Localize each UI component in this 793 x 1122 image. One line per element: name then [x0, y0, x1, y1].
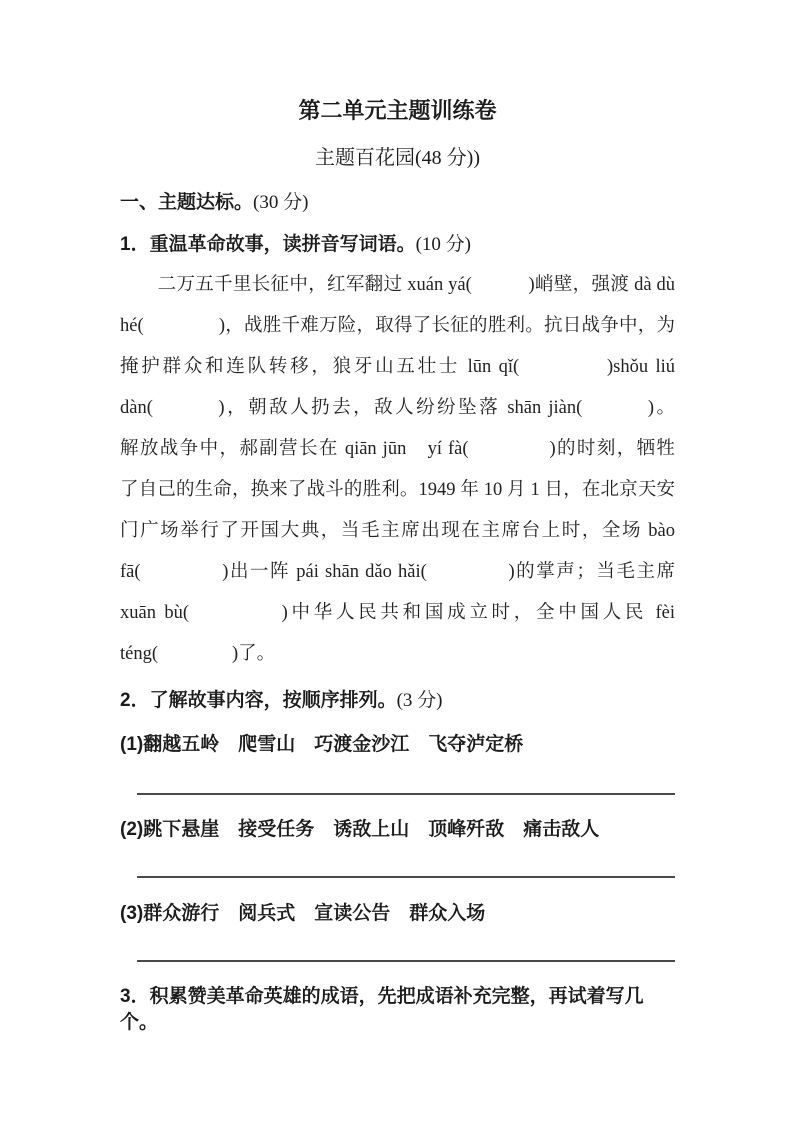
- passage-line: fā( )出一阵 pái shān dǎo hǎi( )的掌声；当毛主席: [120, 552, 675, 593]
- question-1-label-text: 1．重温革命故事，读拼音写词语。: [120, 234, 416, 255]
- question-2-label: 2．了解故事内容，按顺序排列。(3 分): [120, 688, 675, 714]
- question-2-label-score: (3 分): [397, 690, 443, 711]
- section-one-heading-text: 一、主题达标。: [120, 192, 253, 213]
- passage-line: hé( )，战胜千难万险，取得了长征的胜利。抗日战争中，为: [120, 306, 675, 347]
- passage-line: 掩护群众和连队转移，狼牙山五壮士 lūn qǐ( )shǒu liú: [120, 347, 675, 388]
- answer-line: [137, 758, 675, 795]
- exam-subtitle-score: (48 分)): [415, 147, 480, 169]
- passage-line: 二万五千里长征中，红军翻过 xuán yá( )峭壁，强渡 dà dù: [120, 265, 675, 306]
- exam-subtitle: 主题百花园(48 分)): [120, 145, 675, 171]
- passage-line: 解放战争中，郝副营长在 qiān jūn yí fà( )的时刻，牺牲: [120, 429, 675, 470]
- answer-line: [137, 843, 675, 878]
- passage-line: 门广场举行了开国大典，当毛主席出现在主席台上时，全场 bào: [120, 511, 675, 552]
- section-one-heading: 一、主题达标。(30 分): [120, 190, 675, 216]
- question-2-option-2: (2)跳下悬崖 接受任务 诱敌上山 顶峰歼敌 痛击敌人: [120, 817, 675, 843]
- passage-line: dàn( )，朝敌人扔去，敌人纷纷坠落 shān jiàn( )。: [120, 388, 675, 429]
- exam-paper-page: 第二单元主题训练卷 主题百花园(48 分)) 一、主题达标。(30 分) 1．重…: [0, 0, 793, 1122]
- passage-line: 了自己的生命，换来了战斗的胜利。1949 年 10 月 1 日，在北京天安: [120, 470, 675, 511]
- passage-line: téng( )了。: [120, 634, 675, 675]
- pinyin-passage: 二万五千里长征中，红军翻过 xuán yá( )峭壁，强渡 dà dù hé( …: [120, 265, 675, 675]
- exam-title: 第二单元主题训练卷: [120, 97, 675, 125]
- question-2-option-3: (3)群众游行 阅兵式 宣读公告 群众入场: [120, 901, 675, 927]
- question-3-label: 3．积累赞美革命英雄的成语，先把成语补充完整，再试着写几个。: [120, 984, 675, 1036]
- question-1-label-score: (10 分): [416, 234, 471, 255]
- question-2-option-1: (1)翻越五岭 爬雪山 巧渡金沙江 飞夺泸定桥: [120, 732, 675, 758]
- section-one-heading-score: (30 分): [253, 192, 308, 213]
- passage-line: xuān bù( )中华人民共和国成立时，全中国人民 fèi: [120, 593, 675, 634]
- answer-line: [137, 927, 675, 962]
- question-2-label-text: 2．了解故事内容，按顺序排列。: [120, 690, 397, 711]
- exam-subtitle-text: 主题百花园: [315, 147, 415, 169]
- question-1-label: 1．重温革命故事，读拼音写词语。(10 分): [120, 232, 675, 258]
